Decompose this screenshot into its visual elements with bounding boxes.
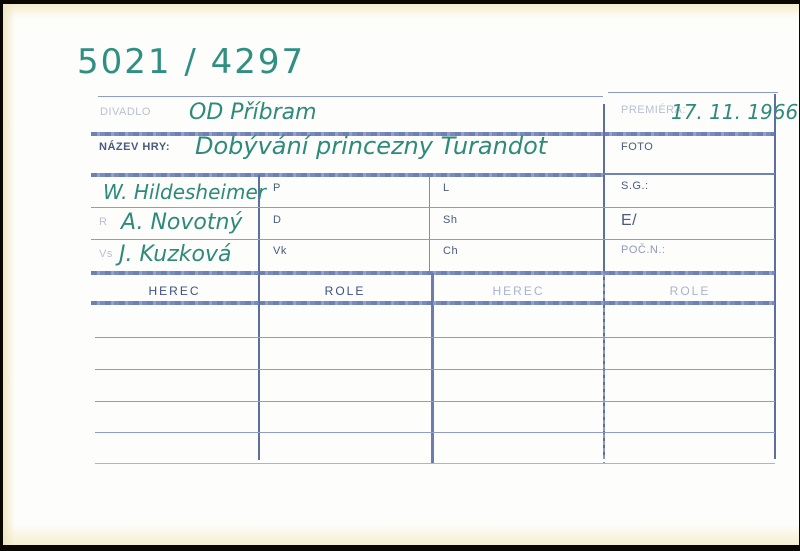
e-label: E/ [621,212,637,230]
foto-top-line [603,132,775,136]
card-right-border [774,94,776,459]
cast-table-bottom-line [95,463,775,464]
ch-label: Ch [443,245,458,257]
l-label: L [443,182,450,194]
premiera-value: 17. 11. 1966 [671,100,798,124]
cast-header-herec-2: HEREC [434,284,603,298]
p-label: P [273,182,281,194]
row-line-2 [91,239,775,240]
vk-label: Vk [273,245,287,257]
vs-value: J. Kuzková [119,242,232,267]
poc-n-label: POČ.N.: [621,244,665,256]
catalog-number: 5021 / 4297 [77,42,305,82]
vs-label: Vs [99,248,113,260]
cast-header-herec-1: HEREC [91,284,258,298]
cast-row-line-4 [95,432,775,433]
foto-label: FOTO [621,141,653,153]
reziser-value: A. Novotný [121,210,242,235]
divadlo-label: DIVADLO [100,106,151,118]
row-line-1 [91,207,775,208]
top-border-line [98,96,603,97]
d-label: D [273,214,281,226]
nazev-hry-value: Dobývání princezny Turandot [195,132,547,160]
cast-header-role-2: ROLE [605,284,775,298]
cast-row-line-3 [95,401,775,402]
index-card: 5021 / 4297 DIVADLO OD Příbram PREMIÉRA:… [3,4,799,545]
sg-top-line [603,173,775,175]
col-divider-2 [429,175,430,271]
autor-value: W. Hildesheimer [103,180,266,204]
col-divider-1 [258,175,260,460]
sh-label: Sh [443,214,457,226]
cast-row-line-2 [95,369,775,370]
top-border-line-right [608,92,778,93]
cast-row-line-1 [95,337,775,338]
sg-label: S.G.: [621,180,649,192]
nazev-hry-label: NÁZEV HRY: [99,141,170,153]
section-line-1 [91,173,603,177]
divadlo-value: OD Příbram [189,100,317,125]
r-label: R [99,216,107,228]
cast-header-bottom-line [91,301,775,305]
cast-header-role-1: ROLE [260,284,430,298]
